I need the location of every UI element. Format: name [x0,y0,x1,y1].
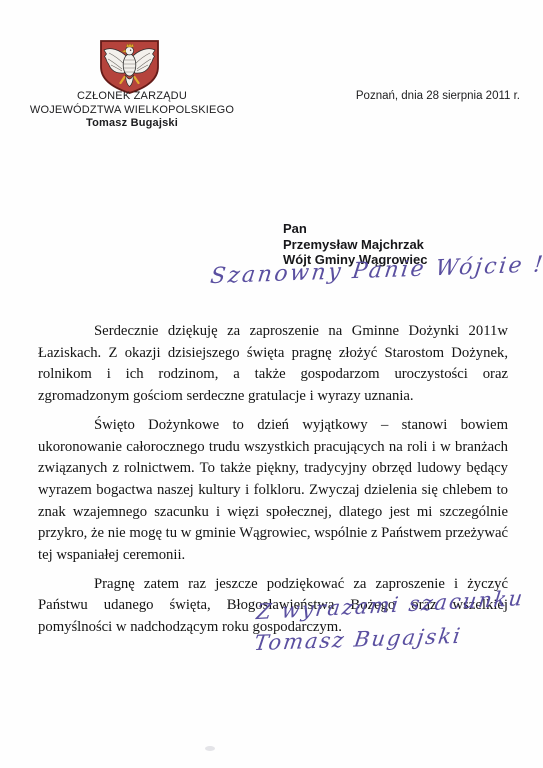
scanned-letter-page: CZŁONEK ZARZĄDU WOJEWÓDZTWA WIELKOPOLSKI… [0,0,543,768]
sender-block: CZŁONEK ZARZĄDU WOJEWÓDZTWA WIELKOPOLSKI… [24,90,240,131]
body-paragraph: Serdecznie dziękuję za zaproszenie na Gm… [38,321,508,408]
sender-office-line2: WOJEWÓDZTWA WIELKOPOLSKIEGO [24,104,240,118]
wielkopolska-coat-of-arms-icon [97,37,162,95]
body-paragraph: Święto Dożynkowe to dzień wyjątkowy – st… [38,415,508,567]
recipient-salutation: Pan [283,221,427,237]
sender-office-line1: CZŁONEK ZARZĄDU [24,90,240,104]
recipient-name: Przemysław Majchrzak [283,237,427,253]
dateline: Poznań, dnia 28 sierpnia 2011 r. [330,90,520,102]
handwritten-greeting: Szanowny Panie Wójcie ! [209,252,543,289]
sender-name: Tomasz Bugajski [24,117,240,131]
scan-artifact [205,746,215,751]
